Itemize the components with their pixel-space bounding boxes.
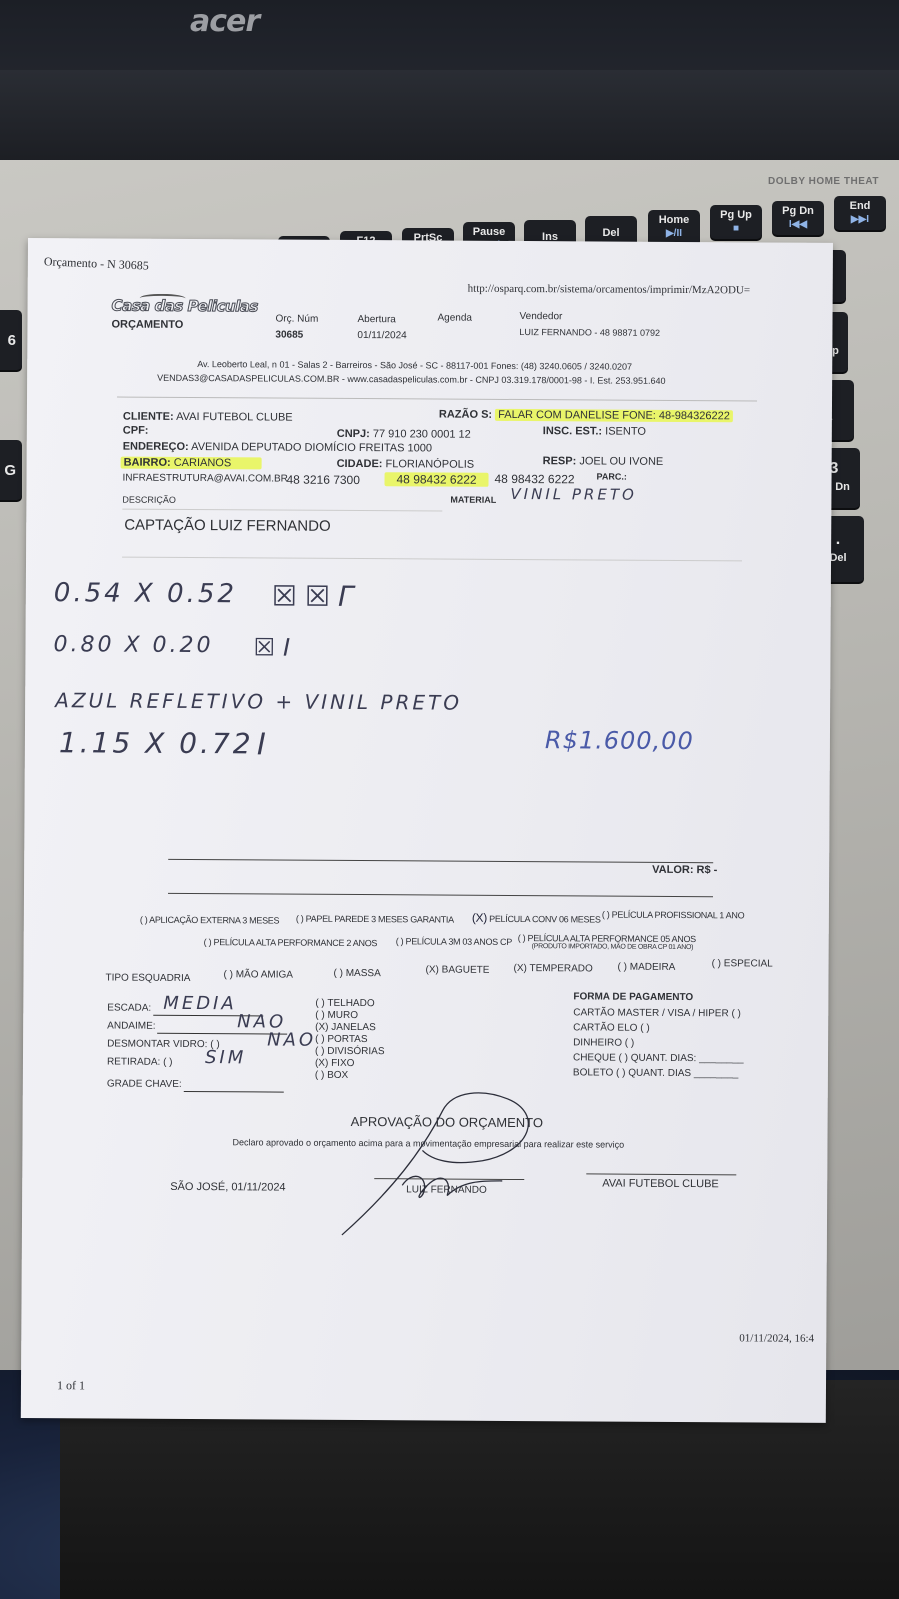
vendedor-value: LUIZ FERNANDO - 48 98871 0792 <box>519 327 660 338</box>
abertura-value: 01/11/2024 <box>357 330 406 341</box>
company-logo: Casa das Peliculas <box>112 297 258 316</box>
key-pg-dn[interactable]: Pg DnI◀◀ <box>772 201 824 235</box>
print-title: Orçamento - N 30685 <box>44 254 150 273</box>
cnpj-row: CNPJ: 77 910 230 0001 12 <box>337 428 471 441</box>
dolby-label: DOLBY HOME THEAT <box>768 176 879 187</box>
pelicula-option[interactable]: (X) PELÍCULA CONV 06 MESES <box>472 911 601 926</box>
escada-value-handwritten[interactable]: MEDIA <box>163 993 237 1014</box>
printed-quote-document: Orçamento - N 30685 http://osparq.com.br… <box>21 238 833 1423</box>
email: INFRAESTRUTURA@AVAI.COM.BR <box>123 473 288 485</box>
page-indicator: 1 of 1 <box>57 1378 85 1393</box>
phone-1: 48 3216 7300 <box>286 473 359 487</box>
checked-box[interactable]: (X) <box>315 1022 328 1033</box>
unchecked-box[interactable]: ( ) <box>140 915 148 925</box>
doc-type: ORÇAMENTO <box>111 319 183 331</box>
pelicula-option[interactable]: ( ) PELÍCULA 3M 03 ANOS CP <box>396 936 512 947</box>
handwritten-measure: 1.15 X 0.72 <box>59 726 254 760</box>
valor-label: VALOR: R$ - <box>652 864 717 876</box>
vendedor-label: Vendedor <box>519 311 562 322</box>
laptop-brand-logo: acer <box>190 4 259 39</box>
cliente-value: AVAI FUTEBOL CLUBE <box>176 411 293 424</box>
pelicula-sublabel: (PRODUTO IMPORTADO, MÃO DE OBRA CP 01 AN… <box>532 943 696 951</box>
insc-row: INSC. EST.: ISENTO <box>543 425 646 438</box>
esquadria-option[interactable]: (X) BAGUETE <box>426 964 490 975</box>
unchecked-box[interactable]: ( ) <box>296 914 304 924</box>
pelicula-option[interactable]: ( ) PAPEL PAREDE 3 MESES GARANTIA <box>296 914 454 925</box>
payment-title: FORMA DE PAGAMENTO <box>573 991 693 1003</box>
location-option[interactable]: (X) FIXO <box>315 1058 355 1069</box>
client-sign-name: AVAI FUTEBOL CLUBE <box>602 1178 719 1191</box>
razao-row: RAZÃO S: FALAR COM DANELISE FONE: 48-984… <box>439 409 733 423</box>
material-label: MATERIAL <box>450 495 496 505</box>
esquadria-option[interactable]: ( ) MADEIRA <box>618 962 676 973</box>
escada-label: ESCADA: <box>107 1002 151 1013</box>
unchecked-box[interactable]: ( ) <box>204 937 212 947</box>
location-option[interactable]: ( ) BOX <box>315 1070 348 1081</box>
razao-value-highlighted: FALAR COM DANELISE FONE: 48-984326222 <box>495 409 733 422</box>
handwritten-price: R$1.600,00 <box>545 726 694 755</box>
place-date: SÃO JOSÉ, 01/11/2024 <box>170 1181 285 1194</box>
key-left[interactable]: 6 <box>0 310 22 370</box>
location-option[interactable]: ( ) PORTAS <box>315 1034 368 1045</box>
total-line-bottom <box>168 893 713 897</box>
checked-box[interactable]: (X) <box>514 963 527 974</box>
pelicula-option[interactable]: ( ) PELÍCULA PROFISSIONAL 1 ANO <box>602 910 744 921</box>
cidade-row: CIDADE: FLORIANÓPOLIS <box>337 458 475 471</box>
bairro-row-highlighted: BAIRRO: CARIANOS <box>121 457 262 470</box>
key-left[interactable]: G <box>0 440 22 500</box>
esquadria-option[interactable]: ( ) MÃO AMIGA <box>223 969 293 980</box>
handwritten-qty: ☒I <box>253 633 298 661</box>
company-address: Av. Leoberto Leal, n 01 - Salas 2 - Barr… <box>197 359 632 372</box>
unchecked-box[interactable]: ( ) <box>602 910 610 920</box>
handwritten-qty: I <box>257 727 274 762</box>
client-sign-line <box>586 1173 736 1175</box>
checked-box[interactable]: (X) <box>315 1058 328 1069</box>
pelicula-option[interactable]: ( ) PELÍCULA ALTA PERFORMANCE 05 ANOS(PR… <box>518 933 696 951</box>
desmontar-vidro-value-handwritten[interactable]: NAO <box>267 1029 316 1050</box>
signature <box>332 1090 553 1241</box>
orc-num-label: Orç. Núm <box>275 314 318 325</box>
key-home[interactable]: Home▶/II <box>648 210 700 244</box>
unchecked-box[interactable]: ( ) <box>396 936 404 946</box>
payment-option[interactable]: DINHEIRO ( ) <box>573 1037 634 1048</box>
divider <box>117 397 757 402</box>
esquadria-option[interactable]: ( ) ESPECIAL <box>712 958 773 969</box>
pelicula-option[interactable]: ( ) PELÍCULA ALTA PERFORMANCE 2 ANOS <box>204 937 377 948</box>
phone-2-highlighted: 48 98432 6222 <box>384 472 488 487</box>
payment-option[interactable]: BOLETO ( ) QUANT. DIAS ________ <box>573 1067 739 1079</box>
endereco-row: ENDEREÇO: AVENIDA DEPUTADO DIOMÍCIO FREI… <box>123 441 432 455</box>
key-end[interactable]: End▶▶I <box>834 196 886 230</box>
descricao-value: CAPTAÇÃO LUIZ FERNANDO <box>124 517 331 535</box>
handwritten-measure: 0.80 X 0.20 <box>53 632 213 658</box>
divider <box>122 557 742 562</box>
retirada-label: RETIRADA: ( ) <box>107 1056 173 1067</box>
payment-option[interactable]: CARTÃO ELO ( ) <box>573 1022 650 1033</box>
descricao-label: DESCRIÇÃO <box>122 495 176 505</box>
handwritten-qty: ☒☒Γ <box>272 579 362 613</box>
tipo-esquadria-label: TIPO ESQUADRIA <box>105 972 190 984</box>
andaime-label: ANDAIME: <box>107 1020 155 1031</box>
cliente-row: CLIENTE: AVAI FUTEBOL CLUBE <box>123 411 293 424</box>
desmontar-vidro-label: DESMONTAR VIDRO: ( ) <box>107 1038 220 1050</box>
location-option[interactable]: ( ) DIVISÓRIAS <box>315 1046 385 1057</box>
unchecked-box[interactable]: ( ) <box>518 933 526 943</box>
laptop-hinge <box>0 70 899 173</box>
orc-num-value: 30685 <box>275 330 303 341</box>
handwritten-measure: 0.54 X 0.52 <box>54 578 237 609</box>
location-option[interactable]: ( ) TELHADO <box>315 998 374 1009</box>
payment-option[interactable]: CARTÃO MASTER / VISA / HIPER ( ) <box>573 1007 741 1019</box>
grade-chave-underline <box>184 1091 284 1093</box>
payment-option[interactable]: CHEQUE ( ) QUANT. DIAS: ________ <box>573 1052 744 1064</box>
cpf-label: CPF: <box>123 425 149 437</box>
location-option[interactable]: ( ) MURO <box>315 1010 358 1021</box>
parc-label: PARC.: <box>597 471 627 481</box>
agenda-label: Agenda <box>437 313 472 324</box>
retirada-value-handwritten[interactable]: SIM <box>205 1047 246 1068</box>
total-line-top <box>168 859 713 863</box>
checked-box[interactable]: (X) <box>472 911 487 925</box>
key-pg-up[interactable]: Pg Up■ <box>710 205 762 239</box>
printed-timestamp: 01/11/2024, 16:4 <box>739 1332 814 1344</box>
company-contact: VENDAS3@CASADASPELICULAS.COM.BR - www.ca… <box>157 373 665 386</box>
esquadria-option[interactable]: (X) TEMPERADO <box>514 963 593 974</box>
handwritten-note: AZUL REFLETIVO + VINIL PRETO <box>55 688 462 714</box>
checked-box[interactable]: (X) <box>426 964 439 975</box>
print-url: http://osparq.com.br/sistema/orcamentos/… <box>468 283 750 297</box>
resp-row: RESP: JOEL OU IVONE <box>543 455 664 468</box>
esquadria-option[interactable]: ( ) MASSA <box>333 968 380 979</box>
pelicula-option[interactable]: ( ) APLICAÇÃO EXTERNA 3 MESES <box>140 915 279 926</box>
divider <box>122 509 442 512</box>
location-option[interactable]: (X) JANELAS <box>315 1022 376 1033</box>
material-handwritten: VINIL PRETO <box>510 485 636 504</box>
grade-chave-label: GRADE CHAVE: <box>107 1078 182 1089</box>
abertura-label: Abertura <box>357 314 395 325</box>
